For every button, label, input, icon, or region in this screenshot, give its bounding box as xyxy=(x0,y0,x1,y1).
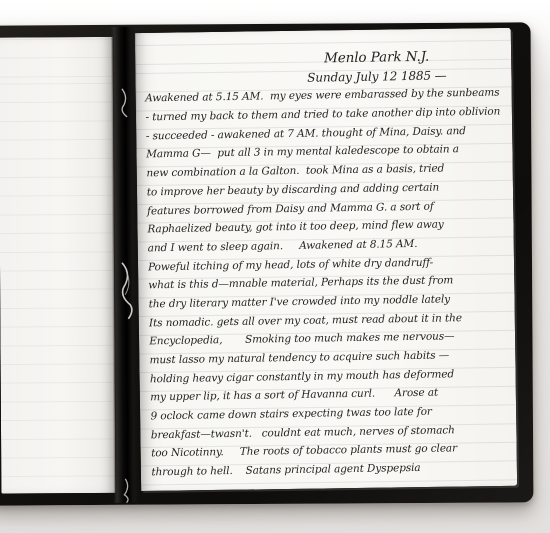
right-page: Menlo Park N.J. Sunday July 12 1885 — Aw… xyxy=(135,28,517,491)
diary-book-cover: Menlo Park N.J. Sunday July 12 1885 — Aw… xyxy=(0,22,533,505)
binding-gutter xyxy=(111,27,140,503)
diary-entry: Menlo Park N.J. Sunday July 12 1885 — Aw… xyxy=(144,46,511,482)
left-page-blank xyxy=(0,37,115,494)
binding-stitches-icon xyxy=(111,27,140,503)
diary-photograph: Menlo Park N.J. Sunday July 12 1885 — Aw… xyxy=(0,0,550,533)
